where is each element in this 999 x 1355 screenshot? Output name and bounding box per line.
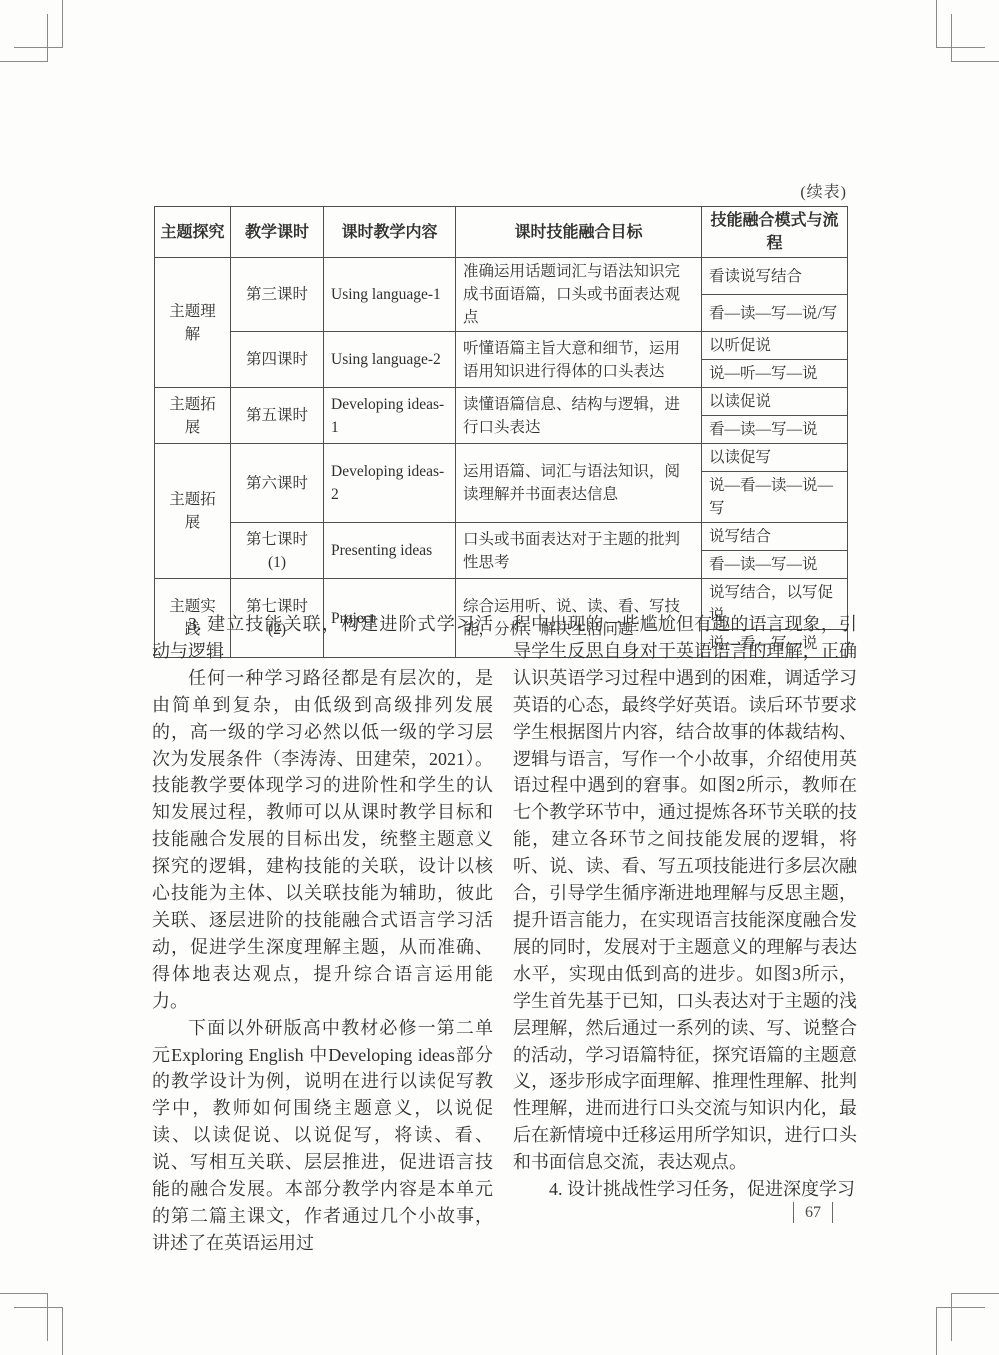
table-row: 第四课时 Using language-2 听懂语篇主旨大意和细节，运用语用知识… [155, 332, 848, 360]
mode-cell: 看—读—写—说 [702, 551, 848, 579]
header-theme: 主题探究 [155, 207, 231, 258]
content-cell: Using language-2 [324, 332, 456, 388]
paragraph: 任何一种学习路径都是有层次的，是由简单到复杂，由低级到高级排列发展的，高一级的学… [152, 665, 493, 1015]
text-column-left: 3. 建立技能关联，构建进阶式学习活动与逻辑 任何一种学习路径都是有层次的，是由… [152, 611, 493, 1257]
header-period: 教学课时 [231, 207, 324, 258]
period-cell: 第七课时 (1) [231, 523, 324, 579]
crop-mark-top-left-inner [0, 14, 48, 62]
header-content: 课时教学内容 [324, 207, 456, 258]
continued-table-label: (续表) [154, 179, 847, 202]
mode-cell: 看—读—写—说 [702, 416, 848, 444]
page-number: 67 [793, 1204, 833, 1222]
period-cell: 第三课时 [231, 258, 324, 332]
header-mode: 技能融合模式与流程 [702, 207, 848, 258]
table-row: 主题拓展 第六课时 Developing ideas-2 运用语篇、词汇与语法知… [155, 444, 848, 472]
crop-mark-top-right-inner [951, 14, 999, 62]
theme-cell: 主题拓展 [155, 444, 231, 579]
content-cell: Presenting ideas [324, 523, 456, 579]
mode-cell: 看—读—写—说/写 [702, 295, 848, 332]
mode-cell: 说写结合 [702, 523, 848, 551]
paragraph: 下面以外研版高中教材必修一第二单元Exploring English 中Deve… [152, 1015, 493, 1257]
mode-cell: 以读促说 [702, 388, 848, 416]
period-cell: 第五课时 [231, 388, 324, 444]
content-cell: Developing ideas-2 [324, 444, 456, 523]
period-cell: 第四课时 [231, 332, 324, 388]
mode-cell: 以听促说 [702, 332, 848, 360]
crop-mark-bottom-right-inner [951, 1293, 999, 1341]
period-cell: 第六课时 [231, 444, 324, 523]
table-header-row: 主题探究 教学课时 课时教学内容 课时技能融合目标 技能融合模式与流程 [155, 207, 848, 258]
goal-cell: 口头或书面表达对于主题的批判性思考 [456, 523, 702, 579]
section-heading-3: 3. 建立技能关联，构建进阶式学习活动与逻辑 [152, 611, 493, 665]
mode-cell: 说—听—写—说 [702, 360, 848, 388]
mode-cell: 说—看—读—说—写 [702, 472, 848, 523]
theme-cell: 主题拓展 [155, 388, 231, 444]
mode-cell: 看读说写结合 [702, 258, 848, 295]
text-column-right: 程中出现的一些尴尬但有趣的语言现象，引导学生反思自身对于英语语言的理解，正确认识… [513, 611, 857, 1203]
crop-mark-bottom-left-inner [0, 1293, 48, 1341]
paragraph: 程中出现的一些尴尬但有趣的语言现象，引导学生反思自身对于英语语言的理解，正确认识… [513, 611, 857, 1176]
content-cell: Developing ideas-1 [324, 388, 456, 444]
table-row: 主题拓展 第五课时 Developing ideas-1 读懂语篇信息、结构与逻… [155, 388, 848, 416]
goal-cell: 运用语篇、词汇与语法知识，阅读理解并书面表达信息 [456, 444, 702, 523]
goal-cell: 准确运用话题词汇与语法知识完成书面语篇，口头或书面表达观点 [456, 258, 702, 332]
header-goal: 课时技能融合目标 [456, 207, 702, 258]
section-heading-4: 4. 设计挑战性学习任务，促进深度学习 [513, 1176, 857, 1203]
table-row: 第七课时 (1) Presenting ideas 口头或书面表达对于主题的批判… [155, 523, 848, 551]
goal-cell: 听懂语篇主旨大意和细节，运用语用知识进行得体的口头表达 [456, 332, 702, 388]
content-cell: Using language-1 [324, 258, 456, 332]
lesson-plan-table: 主题探究 教学课时 课时教学内容 课时技能融合目标 技能融合模式与流程 主题理解… [154, 206, 848, 658]
theme-cell: 主题理解 [155, 258, 231, 388]
goal-cell: 读懂语篇信息、结构与逻辑，进行口头表达 [456, 388, 702, 444]
table-row: 主题理解 第三课时 Using language-1 准确运用话题词汇与语法知识… [155, 258, 848, 295]
mode-cell: 以读促写 [702, 444, 848, 472]
scanned-page: (续表) 主题探究 教学课时 课时教学内容 课时技能融合目标 技能融合模式与流程… [0, 0, 999, 1355]
